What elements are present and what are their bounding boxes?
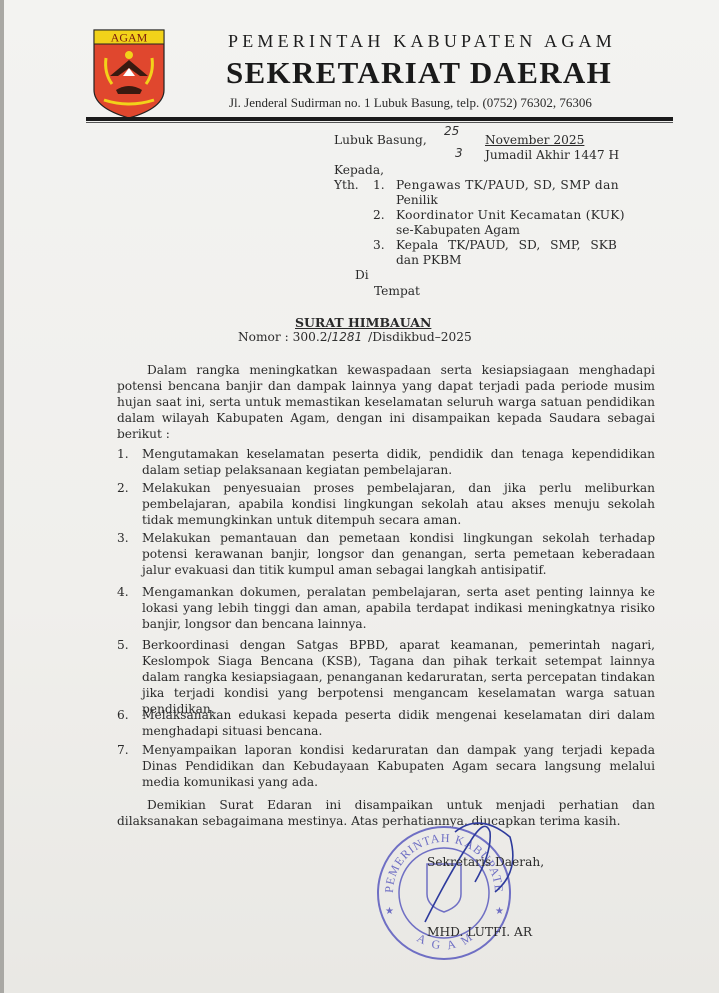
instruction-item-6: 6. Melaksanakan edukasi kepada peserta d… (117, 707, 655, 739)
intro-paragraph: Dalam rangka meningkatkan kewaspadaan se… (117, 362, 655, 442)
instruction-item-2: 2. Melakukan penyesuaian proses pembelaj… (117, 480, 655, 528)
recipient-1-line2: Penilik (396, 193, 438, 207)
office-address: Jl. Jenderal Sudirman no. 1 Lubuk Basung… (229, 95, 592, 111)
svg-text:★: ★ (385, 906, 394, 917)
di-label: Di (355, 268, 369, 282)
recipient-1-line1: Pengawas TK/PAUD, SD, SMP dan (396, 178, 619, 192)
item-number: 6. (117, 707, 129, 723)
item-number: 7. (117, 742, 129, 758)
kepada-label: Kepada, (334, 163, 384, 177)
letter-number: Nomor : 300.2/1281/Disdikbud–2025 (238, 330, 472, 344)
item-number: 4. (117, 584, 129, 600)
office-name: SEKRETARIAT DAERAH (226, 55, 612, 91)
instruction-item-1: 1. Mengutamakan keselamatan peserta didi… (117, 446, 655, 478)
svg-text:AGAM: AGAM (111, 31, 148, 45)
government-name: PEMERINTAH KABUPATEN AGAM (228, 31, 616, 52)
recipient-2-num: 2. (373, 208, 385, 222)
recipient-2-line2: se-Kabupaten Agam (396, 223, 520, 237)
signatory-position: Sekretaris Daerah, (427, 855, 544, 869)
item-number: 3. (117, 530, 129, 546)
yth-label: Yth. (334, 178, 359, 192)
letter-number-prefix: Nomor : 300.2/ (238, 330, 332, 344)
date-place: Lubuk Basung, (334, 133, 427, 147)
item-number: 1. (117, 446, 129, 462)
handwritten-signature (400, 812, 540, 932)
signatory-name: MHD. LUTFI. AR (427, 925, 532, 939)
item-number: 5. (117, 637, 129, 653)
recipient-3-num: 3. (373, 238, 385, 252)
instruction-item-7: 7. Menyampaikan laporan kondisi kedarura… (117, 742, 655, 790)
recipient-1-num: 1. (373, 178, 385, 192)
instruction-item-5: 5. Berkoordinasi dengan Satgas BPBD, apa… (117, 637, 655, 717)
date-month-year: November 2025 (485, 133, 584, 147)
item-text: Melakukan penyesuaian proses pembelajara… (142, 480, 655, 528)
item-text: Mengamankan dokumen, peralatan pembelaja… (142, 584, 655, 632)
item-text: Mengutamakan keselamatan peserta didik, … (142, 446, 655, 478)
instruction-item-3: 3. Melakukan pemantauan dan pemetaan kon… (117, 530, 655, 578)
item-number: 2. (117, 480, 129, 496)
letter-number-suffix: /Disdikbud–2025 (368, 330, 472, 344)
letterhead-divider (86, 117, 673, 121)
letter-number-handwritten: 1281 (332, 330, 363, 344)
tempat-label: Tempat (374, 284, 420, 298)
item-text: Berkoordinasi dengan Satgas BPBD, aparat… (142, 637, 655, 717)
item-text: Menyampaikan laporan kondisi kedaruratan… (142, 742, 655, 790)
instruction-item-4: 4. Mengamankan dokumen, peralatan pembel… (117, 584, 655, 632)
hijri-day-handwritten: 3 (455, 146, 463, 160)
recipient-3-line1: Kepala TK/PAUD, SD, SMP, SKB (396, 238, 617, 252)
item-text: Melaksanakan edukasi kepada peserta didi… (142, 707, 655, 739)
recipient-3-line2: dan PKBM (396, 253, 462, 267)
agam-emblem-logo: AGAM (92, 28, 166, 120)
hijri-date: Jumadil Akhir 1447 H (485, 148, 619, 162)
date-day-handwritten: 25 (444, 124, 459, 138)
letter-title: SURAT HIMBAUAN (295, 315, 431, 330)
item-text: Melakukan pemantauan dan pemetaan kondis… (142, 530, 655, 578)
recipient-2-line1: Koordinator Unit Kecamatan (KUK) (396, 208, 625, 222)
letterhead-divider-thin (86, 122, 673, 123)
